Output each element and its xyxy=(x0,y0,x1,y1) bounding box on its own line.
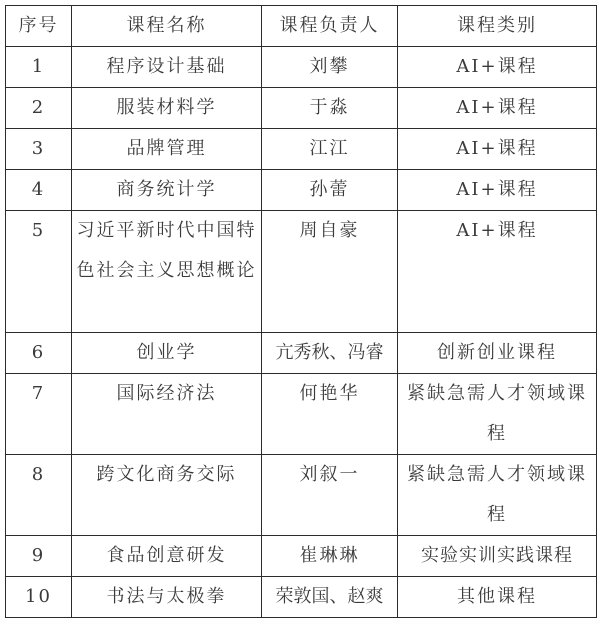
cell-course-name: 服装材料学 xyxy=(72,88,262,129)
cell-course-name: 国际经济法 xyxy=(72,374,262,455)
cell-course-owner: 亢秀秋、冯睿 xyxy=(262,333,398,374)
cell-no: 8 xyxy=(6,455,72,536)
table-row: 2 服装材料学 于淼 AI+课程 xyxy=(6,88,597,129)
cell-course-category: AI+课程 xyxy=(398,88,597,129)
cell-no: 2 xyxy=(6,88,72,129)
cell-course-owner: 刘叙一 xyxy=(262,455,398,536)
cell-no: 4 xyxy=(6,170,72,211)
table-row: 4 商务统计学 孙蕾 AI+课程 xyxy=(6,170,597,211)
table-row: 7 国际经济法 何艳华 紧缺急需人才领域课程 xyxy=(6,374,597,455)
cell-course-name: 食品创意研发 xyxy=(72,536,262,577)
cell-no: 10 xyxy=(6,577,72,618)
table-row: 8 跨文化商务交际 刘叙一 紧缺急需人才领域课程 xyxy=(6,455,597,536)
cell-no: 1 xyxy=(6,47,72,88)
cell-no: 7 xyxy=(6,374,72,455)
cell-no: 6 xyxy=(6,333,72,374)
cell-no: 3 xyxy=(6,129,72,170)
table-row: 9 食品创意研发 崔琳琳 实验实训实践课程 xyxy=(6,536,597,577)
cell-course-name: 商务统计学 xyxy=(72,170,262,211)
course-table: 序号 课程名称 课程负责人 课程类别 1 程序设计基础 刘攀 AI+课程 2 服… xyxy=(5,5,597,618)
cell-course-category: AI+课程 xyxy=(398,211,597,333)
cell-course-category: AI+课程 xyxy=(398,129,597,170)
cell-course-owner: 刘攀 xyxy=(262,47,398,88)
header-course-name: 课程名称 xyxy=(72,6,262,47)
cell-course-owner: 江江 xyxy=(262,129,398,170)
header-row: 序号 课程名称 课程负责人 课程类别 xyxy=(6,6,597,47)
cell-course-name: 创业学 xyxy=(72,333,262,374)
header-course-category: 课程类别 xyxy=(398,6,597,47)
cell-course-name: 书法与太极拳 xyxy=(72,577,262,618)
table-row: 10 书法与太极拳 荣敦国、赵爽 其他课程 xyxy=(6,577,597,618)
cell-course-owner: 于淼 xyxy=(262,88,398,129)
cell-course-owner: 崔琳琳 xyxy=(262,536,398,577)
table-row: 6 创业学 亢秀秋、冯睿 创新创业课程 xyxy=(6,333,597,374)
cell-course-name: 品牌管理 xyxy=(72,129,262,170)
cell-course-owner: 周自豪 xyxy=(262,211,398,333)
cell-course-category: 创新创业课程 xyxy=(398,333,597,374)
cell-course-name: 跨文化商务交际 xyxy=(72,455,262,536)
cell-course-category: 紧缺急需人才领域课程 xyxy=(398,374,597,455)
table-row: 3 品牌管理 江江 AI+课程 xyxy=(6,129,597,170)
cell-course-category: 实验实训实践课程 xyxy=(398,536,597,577)
header-course-owner: 课程负责人 xyxy=(262,6,398,47)
cell-course-owner: 何艳华 xyxy=(262,374,398,455)
table-row: 5 习近平新时代中国特色社会主义思想概论 周自豪 AI+课程 xyxy=(6,211,597,333)
cell-course-category: 紧缺急需人才领域课程 xyxy=(398,455,597,536)
header-no: 序号 xyxy=(6,6,72,47)
cell-no: 9 xyxy=(6,536,72,577)
cell-course-owner: 孙蕾 xyxy=(262,170,398,211)
cell-course-owner: 荣敦国、赵爽 xyxy=(262,577,398,618)
cell-course-category: AI+课程 xyxy=(398,47,597,88)
cell-course-category: 其他课程 xyxy=(398,577,597,618)
cell-course-name: 程序设计基础 xyxy=(72,47,262,88)
cell-course-name: 习近平新时代中国特色社会主义思想概论 xyxy=(72,211,262,333)
table-row: 1 程序设计基础 刘攀 AI+课程 xyxy=(6,47,597,88)
cell-no: 5 xyxy=(6,211,72,333)
cell-course-category: AI+课程 xyxy=(398,170,597,211)
